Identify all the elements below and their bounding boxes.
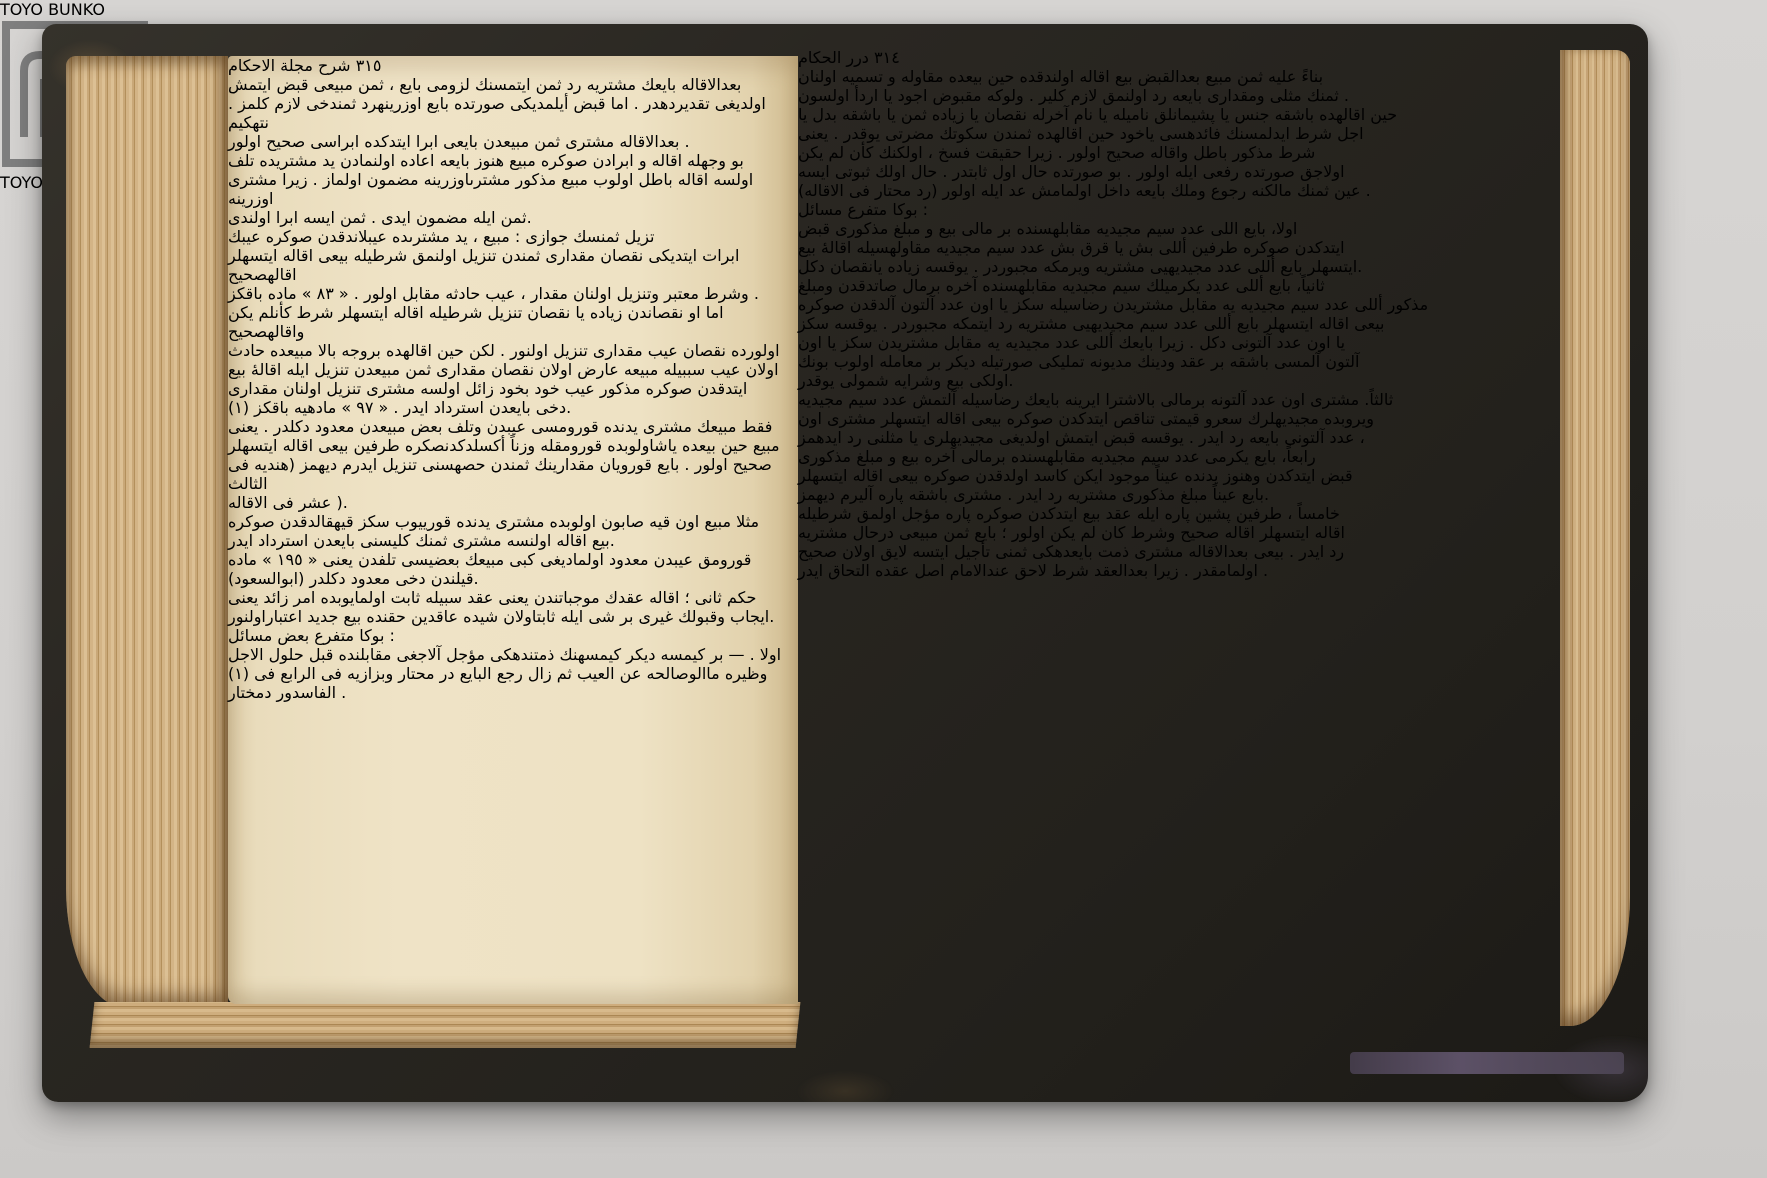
text-line: ايتدقدن صوكره مذكور عيب خود بخود زائل او… [228, 379, 798, 398]
text-line: عدد آلتونى بايعه رد ايدر . يوقسه قبض ايت… [798, 428, 1562, 447]
text-line: اجل شرط ايدلمسنك فائدهسى ياخود حين اقاله… [798, 124, 1562, 143]
left-page-title: شرح مجلة الاحكام [228, 56, 351, 75]
text-line: ايجاب وقبولك غيرى بر شى ايله ثابتاولان ش… [228, 607, 798, 626]
text-line: بايع عيناً مبلغ مذكورى مشتريه رد ايدر . … [798, 485, 1562, 504]
text-line: اولاجق صورتده رفعى ايله اولور . بو صورتد… [798, 162, 1562, 181]
text-line: اولا . — بر كيمسه ديكر كيمسهنك ذمتندهكى … [228, 645, 798, 664]
left-page-text: بعدالاقاله بايعك مشتريه رد ثمن ايتمسنك ل… [228, 75, 798, 664]
text-line: ثالثاً. مشترى اون عدد آلتونه برمالى بالا… [798, 390, 1562, 409]
left-page-header-row: ٣١٥ شرح مجلة الاحكام [228, 56, 798, 75]
text-line: بناءً عليه ثمن مبيع بعدالقبض بيع اقاله ا… [798, 67, 1562, 86]
text-line: ثمنك مثلى ومقدارى بايعه رد اولنمق لازم ك… [798, 86, 1562, 105]
text-line: ثانياً، بايع أللى عدد يكرميلك سيم مجيديه… [798, 276, 1562, 295]
text-line: اولا، بايع اللى عدد سيم مجيديه مقابلهسند… [798, 219, 1562, 238]
text-line: آلتون آلمسى باشقه بر عقد ودينك مديونه تم… [798, 352, 1562, 371]
right-page-text: بناءً عليه ثمن مبيع بعدالقبض بيع اقاله ا… [798, 67, 1562, 580]
text-line: بيع اقاله اولنسه مشترى ثمنك كليسنى بايعد… [228, 531, 798, 550]
text-line: اقاله ايتسهلر اقاله صحيح وشرط كان لم يكن… [798, 523, 1562, 542]
right-page-number: ٣١٤ [874, 48, 900, 67]
footnote: (١) وظيره ماالوصالحه عن العيب ثم زال رجع… [228, 664, 798, 702]
page-edges-left [66, 56, 228, 1008]
cover-board-edge [1350, 1052, 1624, 1074]
text-line: اولديغى تقديردهدر . اما قبض أيلمديكى صور… [228, 94, 798, 132]
text-line: شرط مذكور باطل واقاله صحيح اولور . زيرا … [798, 143, 1562, 162]
text-line: عشر فى الاقاله ). [228, 493, 798, 512]
text-line: اولكى بيع وشرايه شمولى يوقدر. [798, 371, 1562, 390]
text-line: يا اون عدد آلتونى دكل . زيرا بايعك أللى … [798, 333, 1562, 352]
text-line: حكم ثانى ؛ اقاله عقدك موجباتندن يعنى عقد… [228, 588, 798, 607]
text-line: ايتدكدن صوكره طرفين أللى بش يا قرق بش عد… [798, 238, 1562, 257]
left-page-number: ٣١٥ [356, 56, 382, 75]
text-line: ويروبده مجيديهلرك سعرو قيمتى تناقص ايتدك… [798, 409, 1562, 428]
text-line: صحيح اولور . بايع قورويان مقدارينك ثمندن… [228, 455, 798, 493]
text-line: وشرط معتبر وتنزيل اولنان مقدار ، عيب حاد… [228, 284, 798, 303]
text-line: رابعاً، بايع يكرمى عدد سيم مجيديه مقابله… [798, 447, 1562, 466]
text-line: رد ايدر . بيعى بعدالاقاله مشترى ذمت بايع… [798, 542, 1562, 561]
toyo-bunko-text-top: TOYO BUNKO [0, 0, 1767, 19]
text-line: حين اقالهده باشقه جنس يا پشيمانلق ناميله… [798, 105, 1562, 124]
text-line: تزيل ثمنسك جوازى : مبيع ، يد مشترىده عيب… [228, 227, 798, 246]
text-line: مذكور أللى عدد سيم مجيديه يه مقابل مشتري… [798, 295, 1562, 314]
text-line: قورومق عيبدن معدود اولماديغى كبى مبيعك ب… [228, 550, 798, 569]
text-line: خامساً ، طرفين پشين پاره ايله عقد بيع اي… [798, 504, 1562, 523]
right-page: ٣١٤ درر الحكام بناءً عليه ثمن مبيع بعدال… [798, 48, 1562, 1016]
page-edges-right [1560, 50, 1630, 1026]
text-line: اما او نقصاندن زياده يا نقصان تنزيل شرطي… [228, 303, 798, 341]
text-line: ثمن ايله مضمون ايدى . ثمن ايسه ابرا اولن… [228, 208, 798, 227]
text-line: ايتسهلر بايع أللى عدد مجيديهيى مشتريه وي… [798, 257, 1562, 276]
text-line: فقط مبيعك مشترى يدنده قورومسى عيبدن وتلف… [228, 417, 798, 436]
text-line: بيعى اقاله ايتسهلر بايع أللى عدد سيم مجي… [798, 314, 1562, 333]
text-line: بوكا متفرع مسائل : [798, 200, 1562, 219]
text-line: بعدالاقاله مشترى ثمن مبيعدن بايعى ابرا ا… [228, 132, 798, 151]
text-line: مبيع حين بيعده ياشاولوبده قورومقله وزناً… [228, 436, 798, 455]
right-page-header-row: ٣١٤ درر الحكام [798, 48, 1562, 67]
text-line: بعدالاقاله بايعك مشتريه رد ثمن ايتمسنك ل… [228, 75, 798, 94]
text-line: قبض ايتدكدن وهنوز يدنده عيناً موجود ايكن… [798, 466, 1562, 485]
right-page-title: درر الحكام [798, 48, 869, 67]
page-edges-bottom [90, 1002, 801, 1048]
text-line: عين ثمنك مالكنه رجوع وملك بايعه داخل اول… [798, 181, 1562, 200]
text-line: دخى بايعدن استرداد ايدر . « ٩٧ » مادهيه … [228, 398, 798, 417]
text-line: بوكا متفرع بعض مسائل : [228, 626, 798, 645]
text-line: اولورده نقصان عيب مقدارى تنزيل اولنور . … [228, 341, 798, 360]
text-line: اولمامقدر . زيرا بعدالعقد شرط لاحق عندال… [798, 561, 1562, 580]
text-line: ابرات ايتديكى نقصان مقدارى ثمندن تنزيل ا… [228, 246, 798, 284]
text-line: اولسه اقاله باطل اولوب مبيع مذكور مشترىا… [228, 170, 798, 208]
left-page: ٣١٥ شرح مجلة الاحكام بعدالاقاله بايعك مش… [228, 56, 798, 1004]
text-line: بو وجهله اقاله و ابرادن صوكره مبيع هنوز … [228, 151, 798, 170]
text-line: اولان عيب سببيله مبيعه عارض اولان نقصان … [228, 360, 798, 379]
text-line: مثلا مبيع اون قيه صابون اولوبده مشترى يد… [228, 512, 798, 531]
text-line: قيلندن دخى معدود دكلدر (ابوالسعود). [228, 569, 798, 588]
book-photo: ٣١٥ شرح مجلة الاحكام بعدالاقاله بايعك مش… [0, 0, 1767, 1178]
